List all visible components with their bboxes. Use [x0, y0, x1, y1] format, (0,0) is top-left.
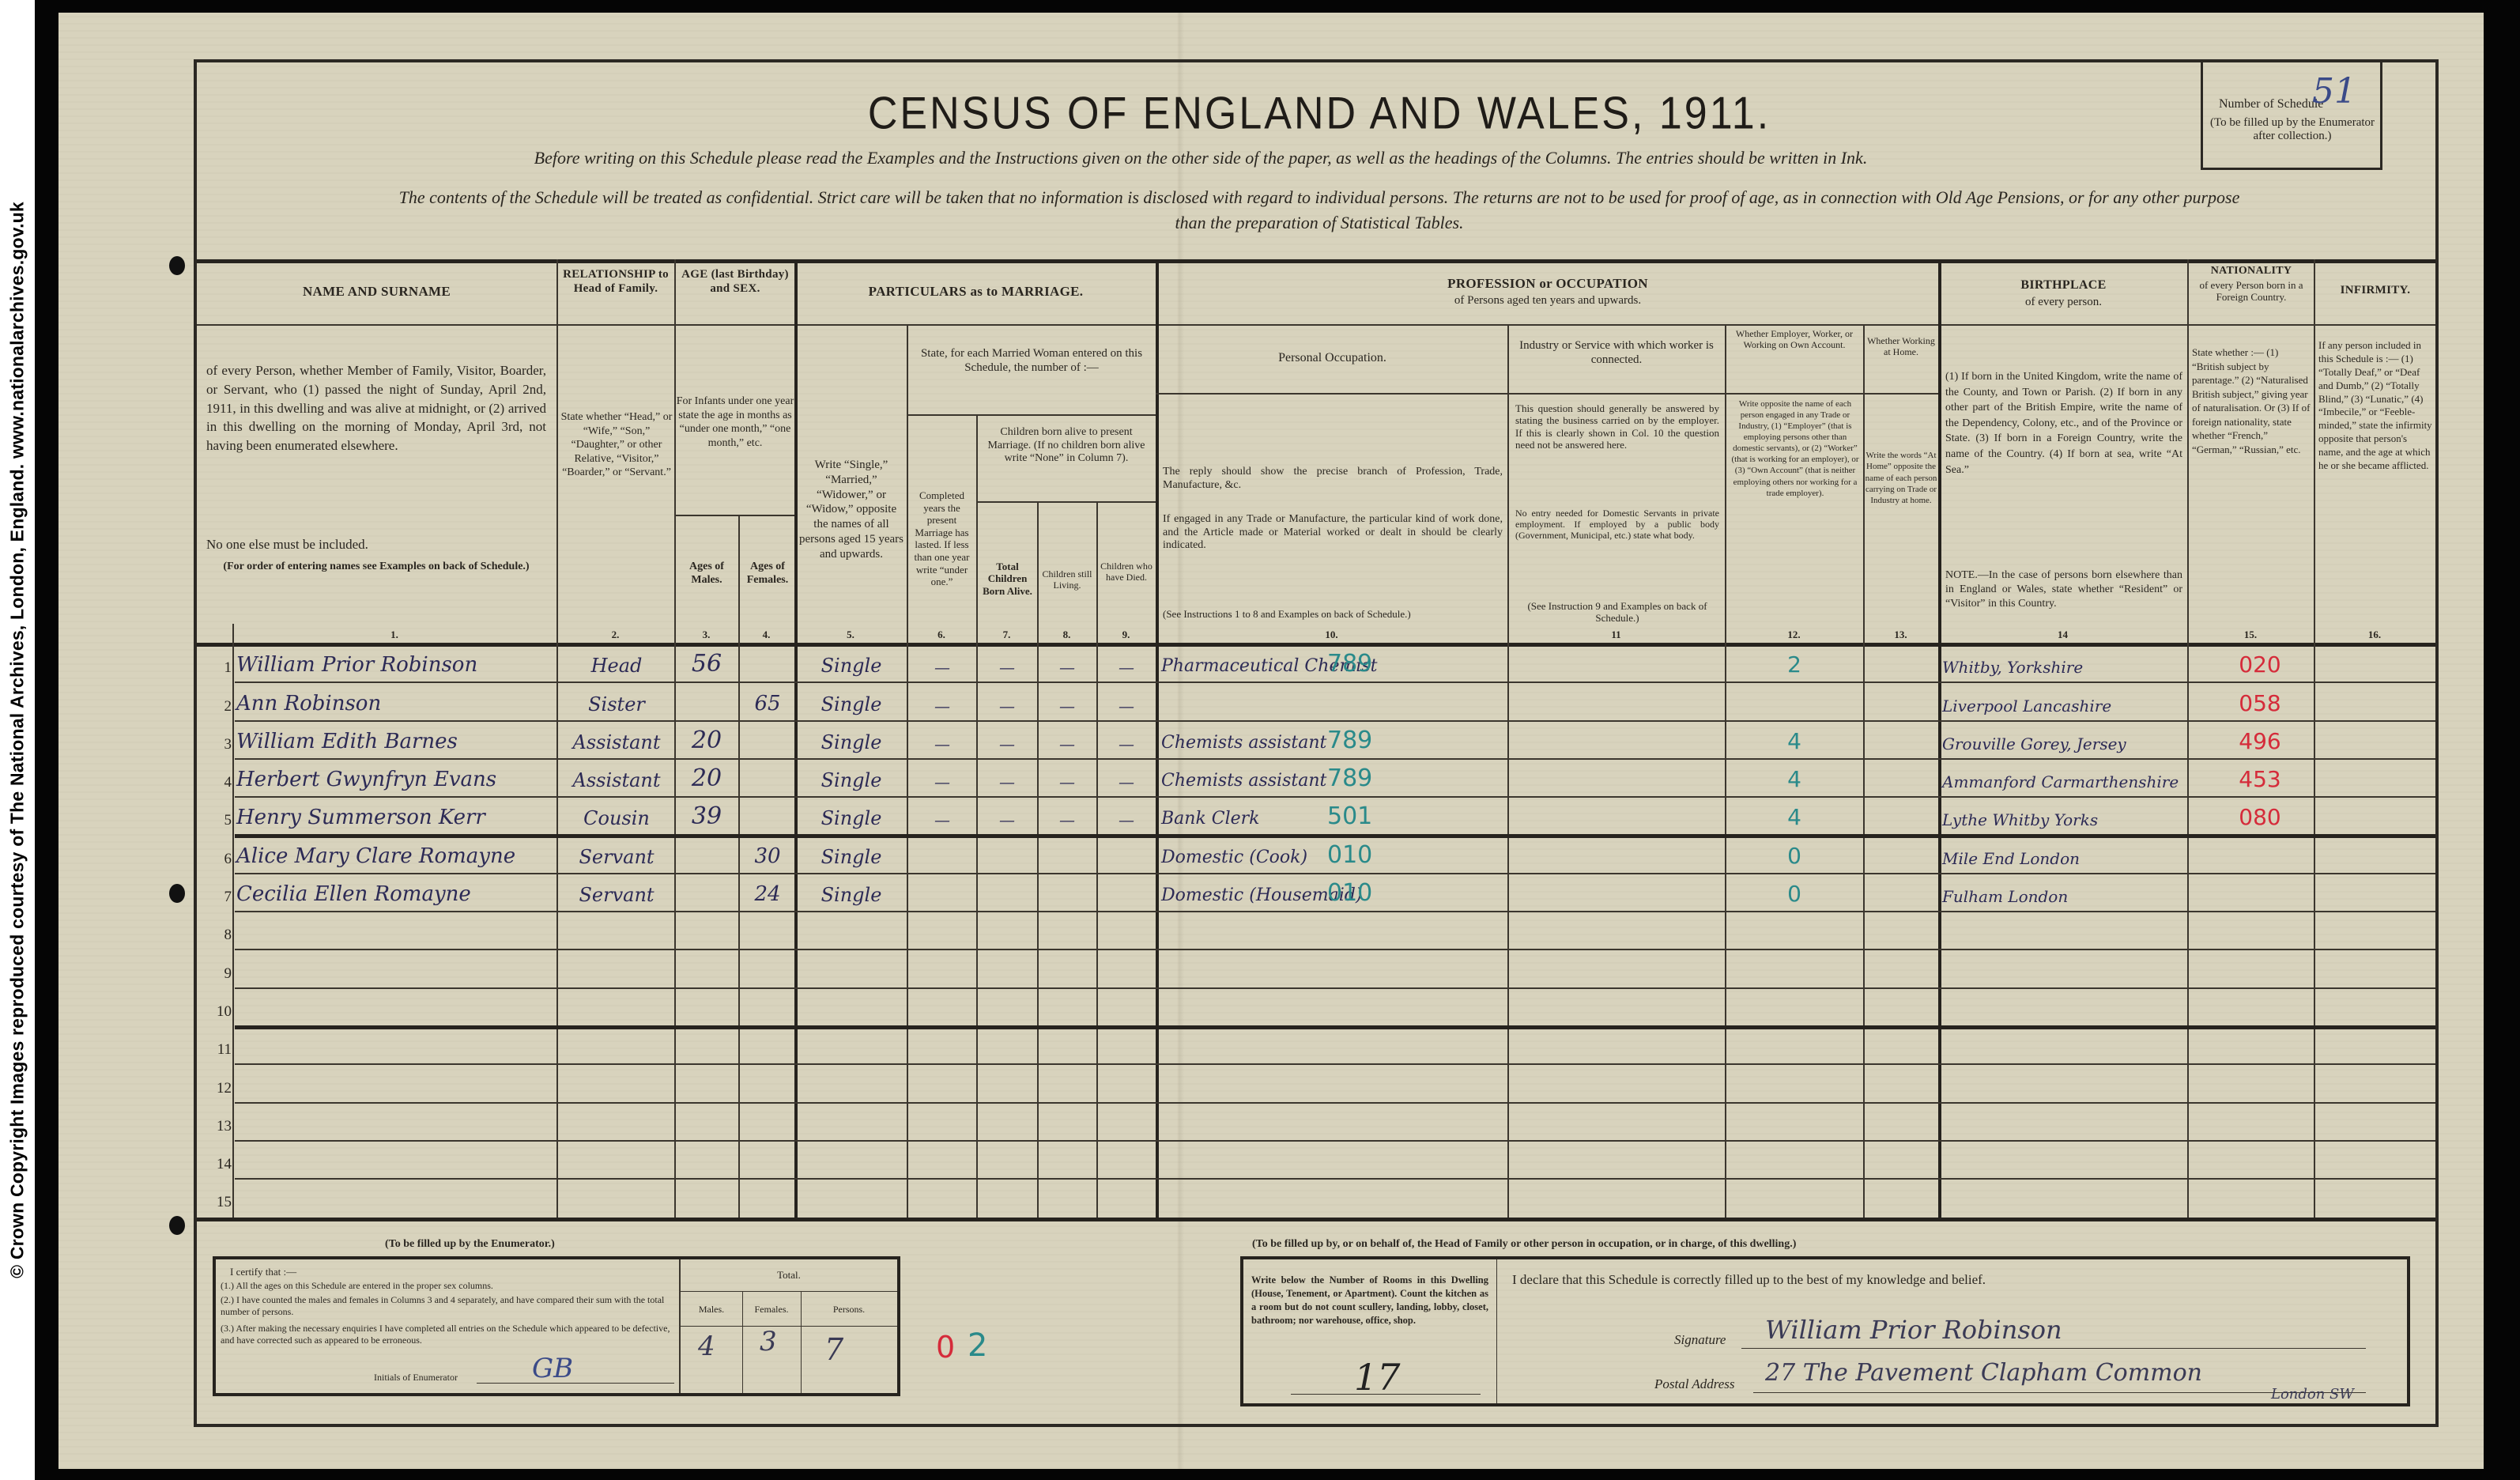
- table-row: 8: [197, 912, 2435, 950]
- totals-persons-label: Persons.: [801, 1304, 897, 1316]
- enumerator-code-teal: 2: [968, 1327, 987, 1364]
- totals-rule-2: [681, 1326, 897, 1327]
- table-row: 13: [197, 1104, 2435, 1142]
- cell-c7: —: [978, 658, 1036, 677]
- cell-c7: —: [978, 810, 1036, 829]
- col-desc-personal-1: The reply should show the precise branch…: [1163, 466, 1503, 492]
- row-number: 1: [200, 659, 232, 677]
- cell-c9: —: [1098, 734, 1155, 753]
- cell-occ-code: 501: [1327, 802, 1398, 830]
- col-desc-home: Write the words “At Home” opposite the n…: [1865, 450, 1937, 506]
- cell-birth-code: 058: [2209, 690, 2311, 716]
- cell-emp: 4: [1726, 728, 1862, 754]
- confidentiality-line: The contents of the Schedule will be tre…: [221, 187, 2418, 208]
- col-desc-relationship: State whether “Head,” or “Wife,” “Son,” …: [560, 410, 673, 480]
- col-desc-married-woman: State, for each Married Woman entered on…: [908, 347, 1155, 375]
- col-header-industry: Industry or Service with which worker is…: [1509, 339, 1724, 367]
- row-number: 6: [200, 851, 232, 868]
- enumerator-code-red: 0: [936, 1330, 955, 1365]
- cell-cond: Single: [798, 769, 905, 791]
- punch-hole: [169, 884, 185, 903]
- household-divider: [1496, 1259, 1497, 1403]
- col-note-name-2: (For order of entering names see Example…: [206, 561, 546, 574]
- col-header-employer: Whether Employer, Worker, or Working on …: [1726, 328, 1862, 350]
- cell-cond: Single: [798, 731, 905, 753]
- cell-c8: —: [1039, 697, 1096, 715]
- cell-birth: Ammanford Carmarthenshire: [1942, 772, 2189, 791]
- table-row: 12: [197, 1065, 2435, 1103]
- table-row: 2Ann RobinsonSister65Single————Liverpool…: [197, 683, 2435, 721]
- cell-c6: —: [908, 772, 976, 791]
- initials-line: [477, 1383, 674, 1384]
- cell-birth: Grouville Gorey, Jersey: [1942, 734, 2189, 753]
- row-number: 8: [200, 927, 232, 944]
- header-divider: [197, 324, 2435, 326]
- col-desc-name: of every Person, whether Member of Famil…: [206, 361, 546, 455]
- col-subheader-nationality: of every Person born in a Foreign Countr…: [2189, 279, 2314, 304]
- table-bottom-rule: [197, 1218, 2435, 1221]
- col-desc-infirmity: If any person included in this Schedule …: [2318, 339, 2432, 473]
- table-top-rule: [197, 259, 2435, 263]
- cell-emp: 0: [1726, 843, 1862, 869]
- marriage-sub-rule: [907, 414, 1156, 416]
- credit-strip: © Crown Copyright Images reproduced cour…: [0, 0, 35, 1480]
- col-number-3: 3.: [674, 629, 738, 640]
- table-row: 10: [197, 989, 2435, 1027]
- cell-birth: Lythe Whitby Yorks: [1942, 810, 2189, 829]
- col-header-marriage: PARTICULARS as to MARRIAGE.: [796, 284, 1156, 300]
- col-header-age: AGE (last Birthday) and SEX.: [676, 268, 794, 296]
- col-number-1: 1.: [232, 629, 556, 640]
- col-desc-nationality: State whether :— (1) “British subject by…: [2192, 345, 2311, 456]
- row-number: 4: [200, 774, 232, 791]
- cell-age-m: 20: [676, 727, 738, 754]
- table-row: 9: [197, 950, 2435, 988]
- cell-rel: Servant: [559, 884, 674, 906]
- col-header-nationality: NATIONALITY: [2189, 265, 2314, 278]
- cell-c7: —: [978, 772, 1036, 791]
- row-number: 15: [200, 1194, 232, 1211]
- col-desc-industry-1: This question should generally be answer…: [1515, 402, 1719, 451]
- cell-cond: Single: [798, 807, 905, 829]
- col-desc-personal-3: (See Instructions 1 to 8 and Examples on…: [1163, 608, 1503, 620]
- cell-name: Ann Robinson: [236, 692, 553, 715]
- cell-birth-code: 453: [2209, 766, 2311, 792]
- cell-occ-code: 010: [1327, 841, 1398, 869]
- enumerator-initials: GB: [532, 1353, 573, 1384]
- enumerator-item-3: (3.) After making the necessary enquirie…: [221, 1323, 675, 1346]
- col-note-name: No one else must be included.: [206, 537, 546, 553]
- col-number-9: 9.: [1096, 629, 1156, 640]
- confidentiality-line-2: than the preparation of Statistical Tabl…: [197, 213, 2442, 233]
- col-header-age-females: Ages of Females.: [740, 561, 795, 587]
- cell-name: Henry Summerson Kerr: [236, 806, 553, 829]
- totals-males-label: Males.: [681, 1304, 742, 1316]
- row-number: 10: [200, 1003, 232, 1021]
- col-header-children-died: Children who have Died.: [1098, 561, 1155, 583]
- cell-c8: —: [1039, 734, 1096, 753]
- cell-emp: 0: [1726, 881, 1862, 907]
- total-persons: 7: [824, 1332, 843, 1367]
- cell-c9: —: [1098, 658, 1155, 677]
- table-row: 7Cecilia Ellen RomayneServant24SingleDom…: [197, 874, 2435, 912]
- col-number-14: 14: [1938, 629, 2187, 640]
- household-heading: (To be filled up by, or on behalf of, th…: [1252, 1238, 1796, 1251]
- cell-occ-code: 789: [1327, 650, 1398, 678]
- cell-c7: —: [978, 697, 1036, 715]
- household-box: Write below the Number of Rooms in this …: [1240, 1256, 2410, 1406]
- col-number-2: 2.: [556, 629, 674, 640]
- row-number: 7: [200, 889, 232, 906]
- col-desc-personal-2: If engaged in any Trade or Manufacture, …: [1163, 513, 1503, 553]
- cell-rel: Head: [559, 655, 674, 677]
- punch-hole: [169, 1216, 185, 1235]
- col-desc-employer: Write opposite the name of each person e…: [1728, 398, 1862, 499]
- cell-age-f: 30: [741, 844, 794, 868]
- cell-birth-code: 020: [2209, 651, 2311, 678]
- col-header-name: NAME AND SURNAME: [197, 268, 556, 315]
- cell-name: Cecilia Ellen Romayne: [236, 882, 553, 906]
- col-number-10: 10.: [1156, 629, 1507, 640]
- table-row: 15: [197, 1180, 2435, 1218]
- row-number: 9: [200, 965, 232, 983]
- table-row: 4Herbert Gwynfryn EvansAssistant20Single…: [197, 760, 2435, 798]
- row-number: 5: [200, 812, 232, 829]
- enumerator-initials-label: Initials of Enumerator: [374, 1372, 458, 1384]
- col-header-occupation: PROFESSION or OCCUPATION: [1157, 276, 1938, 292]
- table-row: 3William Edith BarnesAssistant20Single——…: [197, 722, 2435, 760]
- cell-age-m: 20: [676, 765, 738, 792]
- cell-age-m: 39: [676, 802, 738, 830]
- schedule-number-value: 51: [2312, 72, 2356, 112]
- page-title: CENSUS OF ENGLAND AND WALES, 1911.: [197, 88, 2442, 140]
- col-number-16: 16.: [2314, 629, 2435, 640]
- enumerator-item-2: (2.) I have counted the males and female…: [221, 1294, 675, 1318]
- col-number-8: 8.: [1037, 629, 1096, 640]
- cell-age-f: 65: [741, 692, 794, 715]
- table-row: 14: [197, 1142, 2435, 1180]
- cell-birth-code: 080: [2209, 804, 2311, 830]
- schedule-number-box: Number of Schedule 51 (To be filled up b…: [2201, 59, 2382, 170]
- postal-address-line1: 27 The Pavement Clapham Common: [1765, 1359, 2202, 1387]
- cell-c7: —: [978, 734, 1036, 753]
- cell-occ-code: 789: [1327, 765, 1398, 792]
- cell-c6: —: [908, 658, 976, 677]
- enumerator-heading: (To be filled up by the Enumerator.): [385, 1238, 555, 1251]
- enumerator-certify: I certify that :—: [230, 1266, 296, 1278]
- cell-c8: —: [1039, 810, 1096, 829]
- enumerator-item-1: (1.) All the ages on this Schedule are e…: [221, 1280, 675, 1292]
- col-desc-industry-3: (See Instruction 9 and Examples on back …: [1515, 600, 1719, 625]
- declaration-text: I declare that this Schedule is correctl…: [1512, 1272, 1986, 1288]
- schedule-number-label: Number of Schedule: [2219, 97, 2323, 111]
- cell-occ-code: 789: [1327, 727, 1398, 754]
- enumerator-box: I certify that :— (1.) All the ages on t…: [213, 1256, 900, 1396]
- cell-name: Alice Mary Clare Romayne: [236, 844, 553, 868]
- col-header-total-children: Total Children Born Alive.: [978, 561, 1037, 597]
- col-subheader-birthplace: of every person.: [1940, 296, 2187, 310]
- row-number: 11: [200, 1041, 232, 1059]
- cell-emp: 4: [1726, 804, 1862, 830]
- cell-birth: Fulham London: [1942, 887, 2189, 906]
- col-desc-industry-2: No entry needed for Domestic Servants in…: [1515, 508, 1719, 541]
- col-number-6: 6.: [907, 629, 976, 640]
- col-note-birthplace: NOTE.—In the case of persons born elsewh…: [1945, 568, 2182, 612]
- col-number-15: 15.: [2187, 629, 2314, 640]
- col-number-13: 13.: [1863, 629, 1938, 640]
- totals-females-label: Females.: [742, 1304, 801, 1316]
- occupation-sub-rule: [1156, 393, 1938, 395]
- cell-name: Herbert Gwynfryn Evans: [236, 768, 553, 791]
- signature-label: Signature: [1674, 1332, 1726, 1348]
- schedule-number-note: (To be filled up by the Enumerator after…: [2209, 116, 2375, 144]
- cell-cond: Single: [798, 655, 905, 677]
- row-number: 2: [200, 698, 232, 715]
- total-females: 3: [760, 1326, 777, 1357]
- row-number: 12: [200, 1080, 232, 1097]
- cell-birth-code: 496: [2209, 728, 2311, 754]
- row-number: 3: [200, 736, 232, 753]
- col-desc-age: For Infants under one year state the age…: [676, 395, 794, 450]
- cell-c8: —: [1039, 658, 1096, 677]
- col-header-children-living: Children still Living.: [1039, 568, 1096, 591]
- col-number-4: 4.: [738, 629, 794, 640]
- cell-c9: —: [1098, 810, 1155, 829]
- signature-line: [1741, 1348, 2366, 1349]
- totals-label: Total.: [681, 1269, 897, 1282]
- col-number-5: 5.: [794, 629, 907, 640]
- row-number: 14: [200, 1156, 232, 1173]
- col-header-age-males: Ages of Males.: [676, 561, 738, 587]
- cell-cond: Single: [798, 884, 905, 906]
- cell-birth: Mile End London: [1942, 849, 2189, 868]
- cell-c6: —: [908, 810, 976, 829]
- col-header-relationship: RELATIONSHIP to Head of Family.: [558, 268, 673, 296]
- cell-age-f: 24: [741, 882, 794, 906]
- col-desc-condition: Write “Single,” “Married,” “Widower,” or…: [798, 458, 905, 561]
- rooms-line: [1291, 1394, 1481, 1395]
- census-form: CENSUS OF ENGLAND AND WALES, 1911. Befor…: [194, 59, 2439, 1427]
- col-number-7: 7.: [976, 629, 1037, 640]
- cell-rel: Sister: [559, 693, 674, 715]
- total-males: 4: [698, 1331, 715, 1362]
- children-sub-rule: [976, 501, 1156, 503]
- cell-emp: 4: [1726, 766, 1862, 792]
- cell-cond: Single: [798, 846, 905, 868]
- row-number: 13: [200, 1118, 232, 1135]
- cell-occ-code: 010: [1327, 879, 1398, 907]
- col-header-birthplace: BIRTHPLACE: [1940, 278, 2187, 293]
- rooms-count: 17: [1354, 1356, 1401, 1399]
- col-number-12: 12.: [1725, 629, 1863, 640]
- table-row: 1William Prior RobinsonHead56Single————P…: [197, 645, 2435, 683]
- instruction-line: Before writing on this Schedule please r…: [197, 148, 2205, 168]
- signature-value: William Prior Robinson: [1765, 1315, 2062, 1345]
- col-desc-children: Children born alive to present Marriage.…: [978, 426, 1155, 466]
- cell-rel: Assistant: [559, 769, 674, 791]
- col-header-personal-occupation: Personal Occupation.: [1157, 351, 1507, 366]
- copyright-credit: © Crown Copyright Images reproduced cour…: [7, 202, 28, 1278]
- punch-hole: [169, 256, 185, 275]
- table-row: 11: [197, 1027, 2435, 1065]
- cell-emp: 2: [1726, 651, 1862, 678]
- rooms-instruction: Write below the Number of Rooms in this …: [1251, 1274, 1488, 1327]
- cell-name: William Edith Barnes: [236, 730, 553, 753]
- col-header-infirmity: INFIRMITY.: [2315, 284, 2435, 298]
- col-subheader-occupation: of Persons aged ten years and upwards.: [1157, 294, 1938, 308]
- col-number-11: 11: [1507, 629, 1725, 640]
- cell-cond: Single: [798, 693, 905, 715]
- cell-c8: —: [1039, 772, 1096, 791]
- cell-birth: Liverpool Lancashire: [1942, 697, 2189, 715]
- household-table-body: 1William Prior RobinsonHead56Single————P…: [197, 645, 2435, 1218]
- cell-name: William Prior Robinson: [236, 653, 553, 677]
- cell-birth: Whitby, Yorkshire: [1942, 658, 2189, 677]
- postal-address-line2: London SW: [2271, 1386, 2354, 1403]
- cell-rel: Servant: [559, 846, 674, 868]
- col-header-home: Whether Working at Home.: [1865, 335, 1937, 357]
- cell-c9: —: [1098, 772, 1155, 791]
- cell-rel: Assistant: [559, 731, 674, 753]
- cell-age-m: 56: [676, 650, 738, 678]
- cell-c6: —: [908, 734, 976, 753]
- totals-rule: [681, 1291, 897, 1292]
- age-sub-rule: [674, 515, 794, 516]
- cell-c9: —: [1098, 697, 1155, 715]
- cell-rel: Cousin: [559, 807, 674, 829]
- col-desc-birthplace: (1) If born in the United Kingdom, write…: [1945, 369, 2182, 478]
- table-row: 6Alice Mary Clare RomayneServant30Single…: [197, 836, 2435, 874]
- col-desc-years-married: Completed years the present Marriage has…: [908, 489, 975, 588]
- postal-address-label: Postal Address: [1654, 1376, 1735, 1392]
- table-row: 5Henry Summerson KerrCousin39Single————B…: [197, 798, 2435, 836]
- cell-c6: —: [908, 697, 976, 715]
